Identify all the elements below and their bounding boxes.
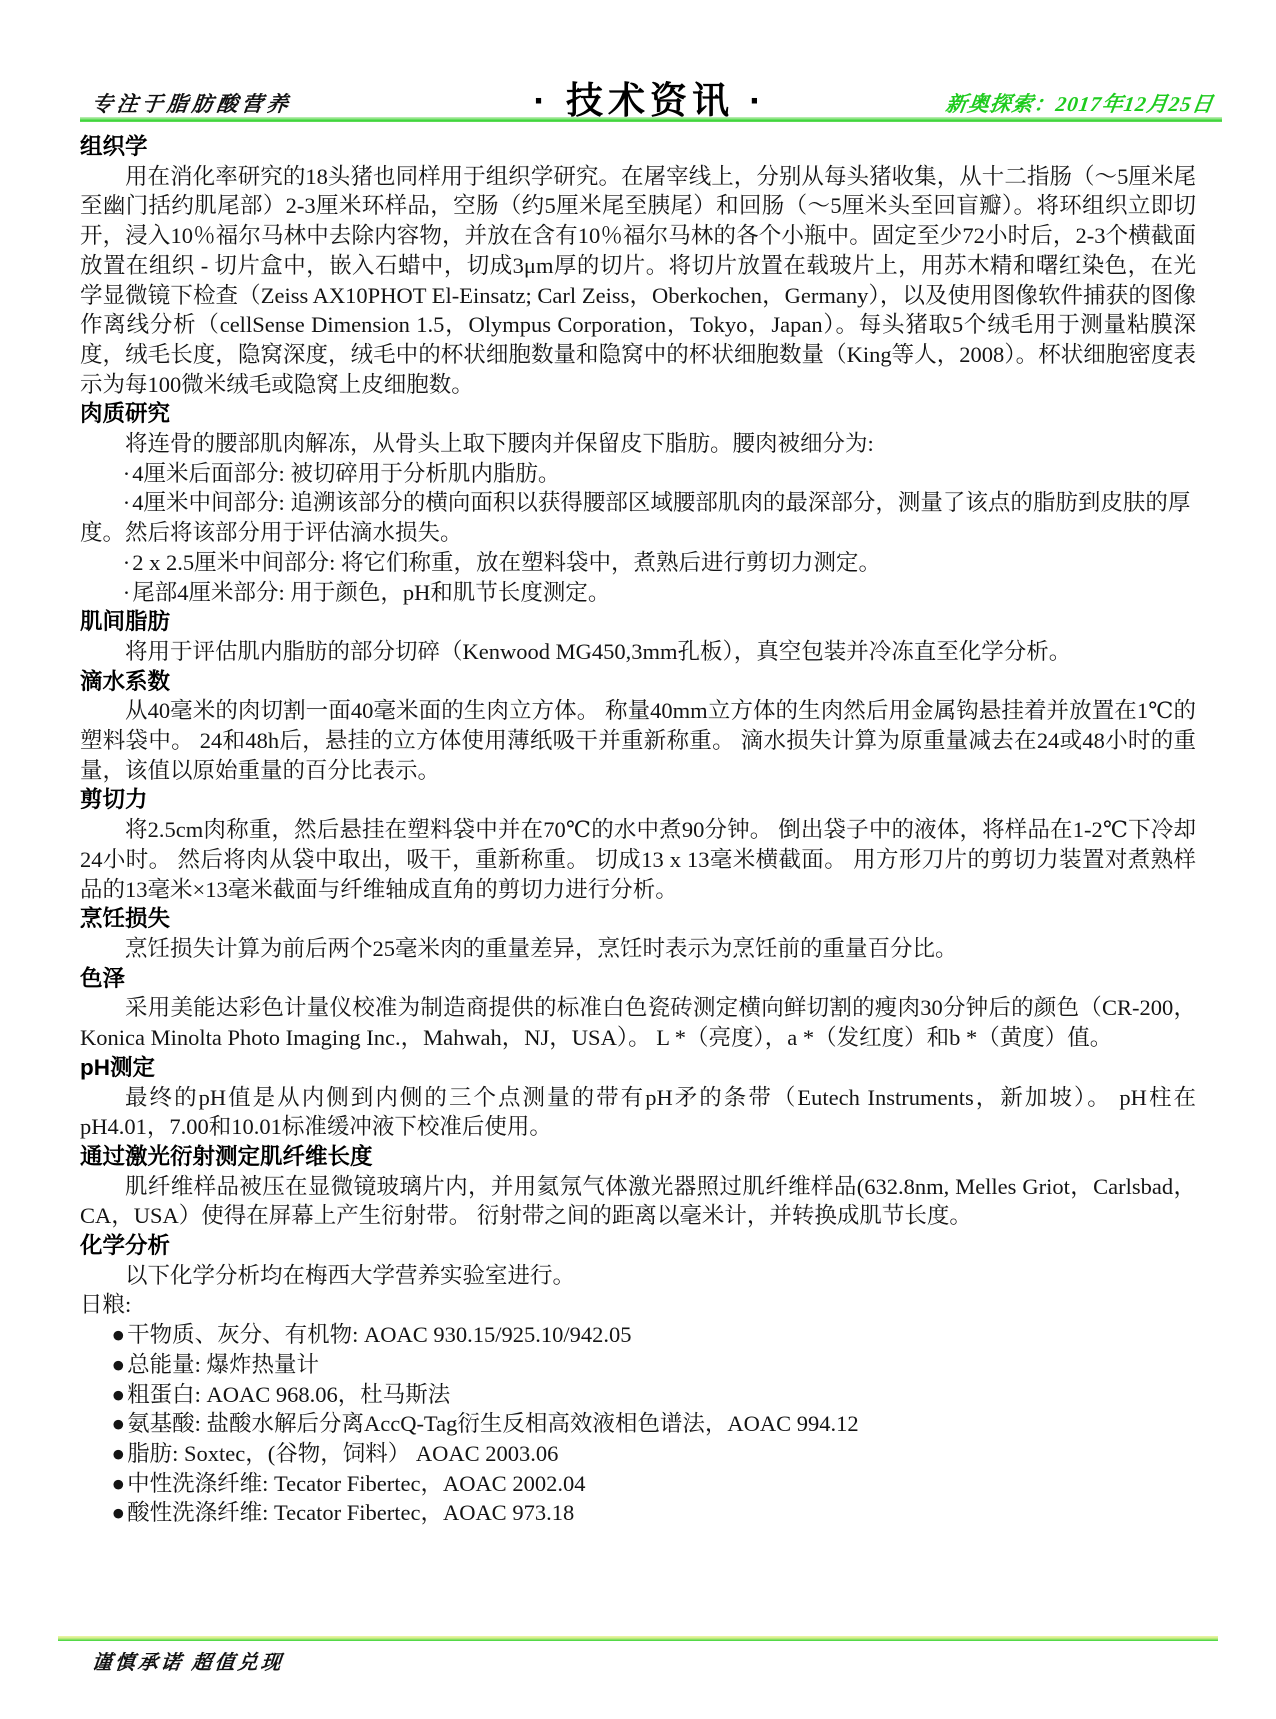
section-heading: 色泽 [80,964,1196,994]
section: 肉质研究将连骨的腰部肌肉解冻，从骨头上取下腰肉并保留皮下脂肪。腰肉被细分为:·4… [80,399,1196,607]
bullet-marker: · [123,490,131,515]
list-item-text: 4厘米后面部分: 被切碎用于分析肌内脂肪。 [132,461,560,486]
bullet-marker: · [123,461,131,486]
list-item: ●粗蛋白: AOAC 968.06，杜马斯法 [80,1380,1196,1410]
bullet-marker: · [123,580,131,605]
section-heading: 剪切力 [80,785,1196,815]
paragraph: 以下化学分析均在梅西大学营养实验室进行。 [80,1261,1196,1291]
list-item: ·2 x 2.5厘米中间部分: 将它们称重，放在塑料袋中，煮熟后进行剪切力测定。 [80,548,1196,578]
section: 组织学用在消化率研究的18头猪也同样用于组织学研究。在屠宰线上，分别从每头猪收集… [80,132,1196,399]
section: 通过激光衍射测定肌纤维长度肌纤维样品被压在显微镜玻璃片内，并用氦氖气体激光器照过… [80,1142,1196,1231]
list-item-text: 总能量: 爆炸热量计 [127,1352,319,1377]
section-heading: 烹饪损失 [80,904,1196,934]
bullet-marker: ● [112,1441,126,1466]
section: 肌间脂肪将用于评估肌内脂肪的部分切碎（Kenwood MG450,3mm孔板），… [80,607,1196,666]
paragraph: 将连骨的腰部肌肉解冻，从骨头上取下腰肉并保留皮下脂肪。腰肉被细分为: [80,429,1196,459]
section-heading: 肉质研究 [80,399,1196,429]
section-heading: 化学分析 [80,1231,1196,1261]
bullet-marker: ● [112,1500,126,1525]
section-heading: 组织学 [80,132,1196,162]
document-body: 组织学用在消化率研究的18头猪也同样用于组织学研究。在屠宰线上，分别从每头猪收集… [80,132,1196,1528]
paragraph: 最终的pH值是从内侧到内侧的三个点测量的带有pH矛的条带（Eutech Inst… [80,1083,1196,1142]
list-item-text: 干物质、灰分、有机物: AOAC 930.15/925.10/942.05 [127,1322,631,1347]
list-item: ●氨基酸: 盐酸水解后分离AccQ-Tag衍生反相高效液相色谱法，AOAC 99… [80,1409,1196,1439]
paragraph: 烹饪损失计算为前后两个25毫米肉的重量差异，烹饪时表示为烹饪前的重量百分比。 [80,934,1196,964]
footer-slogan: 谨慎承诺 超值兑现 [90,1646,285,1675]
paragraph: 肌纤维样品被压在显微镜玻璃片内，并用氦氖气体激光器照过肌纤维样品(632.8nm… [80,1172,1196,1231]
list-item: ·4厘米中间部分: 追溯该部分的横向面积以获得腰部区域腰部肌肉的最深部分，测量了… [80,488,1196,547]
bullet-marker: ● [112,1352,126,1377]
list-item-text: 尾部4厘米部分: 用于颜色，pH和肌节长度测定。 [132,580,610,605]
section: 烹饪损失烹饪损失计算为前后两个25毫米肉的重量差异，烹饪时表示为烹饪前的重量百分… [80,904,1196,963]
list-item: ●中性洗涤纤维: Tecator Fibertec，AOAC 2002.04 [80,1469,1196,1499]
list-item-text: 酸性洗涤纤维: Tecator Fibertec，AOAC 973.18 [127,1500,574,1525]
section-heading: 滴水系数 [80,667,1196,697]
list-item-text: 中性洗涤纤维: Tecator Fibertec，AOAC 2002.04 [127,1471,585,1496]
section: pH测定最终的pH值是从内侧到内侧的三个点测量的带有pH矛的条带（Eutech … [80,1053,1196,1142]
section: 色泽采用美能达彩色计量仪校准为制造商提供的标准白色瓷砖测定横向鲜切割的瘦肉30分… [80,964,1196,1053]
paragraph: 从40毫米的肉切割一面40毫米面的生肉立方体。 称量40mm立方体的生肉然后用金… [80,696,1196,785]
header-date: 新奥探索：2017年12月25日 [944,88,1216,118]
list-item: ●脂肪: Soxtec，(谷物，饲料） AOAC 2003.06 [80,1439,1196,1469]
list-item: ●干物质、灰分、有机物: AOAC 930.15/925.10/942.05 [80,1320,1196,1350]
list-item: ·尾部4厘米部分: 用于颜色，pH和肌节长度测定。 [80,578,1196,608]
paragraph: 将用于评估肌内脂肪的部分切碎（Kenwood MG450,3mm孔板），真空包装… [80,637,1196,667]
paragraph: 采用美能达彩色计量仪校准为制造商提供的标准白色瓷砖测定横向鲜切割的瘦肉30分钟后… [80,993,1196,1052]
page-header: 专注于脂肪酸营养 · 技术资讯 · 新奥探索：2017年12月25日 [80,78,1220,120]
list-item: ●总能量: 爆炸热量计 [80,1350,1196,1380]
section: 剪切力将2.5cm肉称重，然后悬挂在塑料袋中并在70℃的水中煮90分钟。 倒出袋… [80,785,1196,904]
list-item: ·4厘米后面部分: 被切碎用于分析肌内脂肪。 [80,459,1196,489]
list-item-text: 粗蛋白: AOAC 968.06，杜马斯法 [127,1382,450,1407]
section: 化学分析以下化学分析均在梅西大学营养实验室进行。日粮:●干物质、灰分、有机物: … [80,1231,1196,1528]
list-item-text: 氨基酸: 盐酸水解后分离AccQ-Tag衍生反相高效液相色谱法，AOAC 994… [127,1411,859,1436]
bullet-marker: ● [112,1411,126,1436]
list-item-text: 2 x 2.5厘米中间部分: 将它们称重，放在塑料袋中，煮熟后进行剪切力测定。 [132,550,881,575]
plain-line: 日粮: [80,1290,1196,1320]
bullet-marker: ● [112,1382,126,1407]
list-item-text: 脂肪: Soxtec，(谷物，饲料） AOAC 2003.06 [127,1441,558,1466]
footer-rule [58,1636,1218,1641]
bullet-marker: ● [112,1471,126,1496]
section-heading: 肌间脂肪 [80,607,1196,637]
section-heading: 通过激光衍射测定肌纤维长度 [80,1142,1196,1172]
list-item-text: 4厘米中间部分: 追溯该部分的横向面积以获得腰部区域腰部肌肉的最深部分，测量了该… [80,490,1190,545]
bullet-marker: ● [112,1322,126,1347]
section-heading: pH测定 [80,1053,1196,1083]
paragraph: 将2.5cm肉称重，然后悬挂在塑料袋中并在70℃的水中煮90分钟。 倒出袋子中的… [80,815,1196,904]
section: 滴水系数从40毫米的肉切割一面40毫米面的生肉立方体。 称量40mm立方体的生肉… [80,667,1196,786]
list-item: ●酸性洗涤纤维: Tecator Fibertec，AOAC 973.18 [80,1498,1196,1528]
paragraph: 用在消化率研究的18头猪也同样用于组织学研究。在屠宰线上，分别从每头猪收集，从十… [80,162,1196,400]
document-page: 专注于脂肪酸营养 · 技术资讯 · 新奥探索：2017年12月25日 组织学用在… [0,0,1276,1719]
header-rule [80,117,1222,122]
bullet-marker: · [123,550,131,575]
